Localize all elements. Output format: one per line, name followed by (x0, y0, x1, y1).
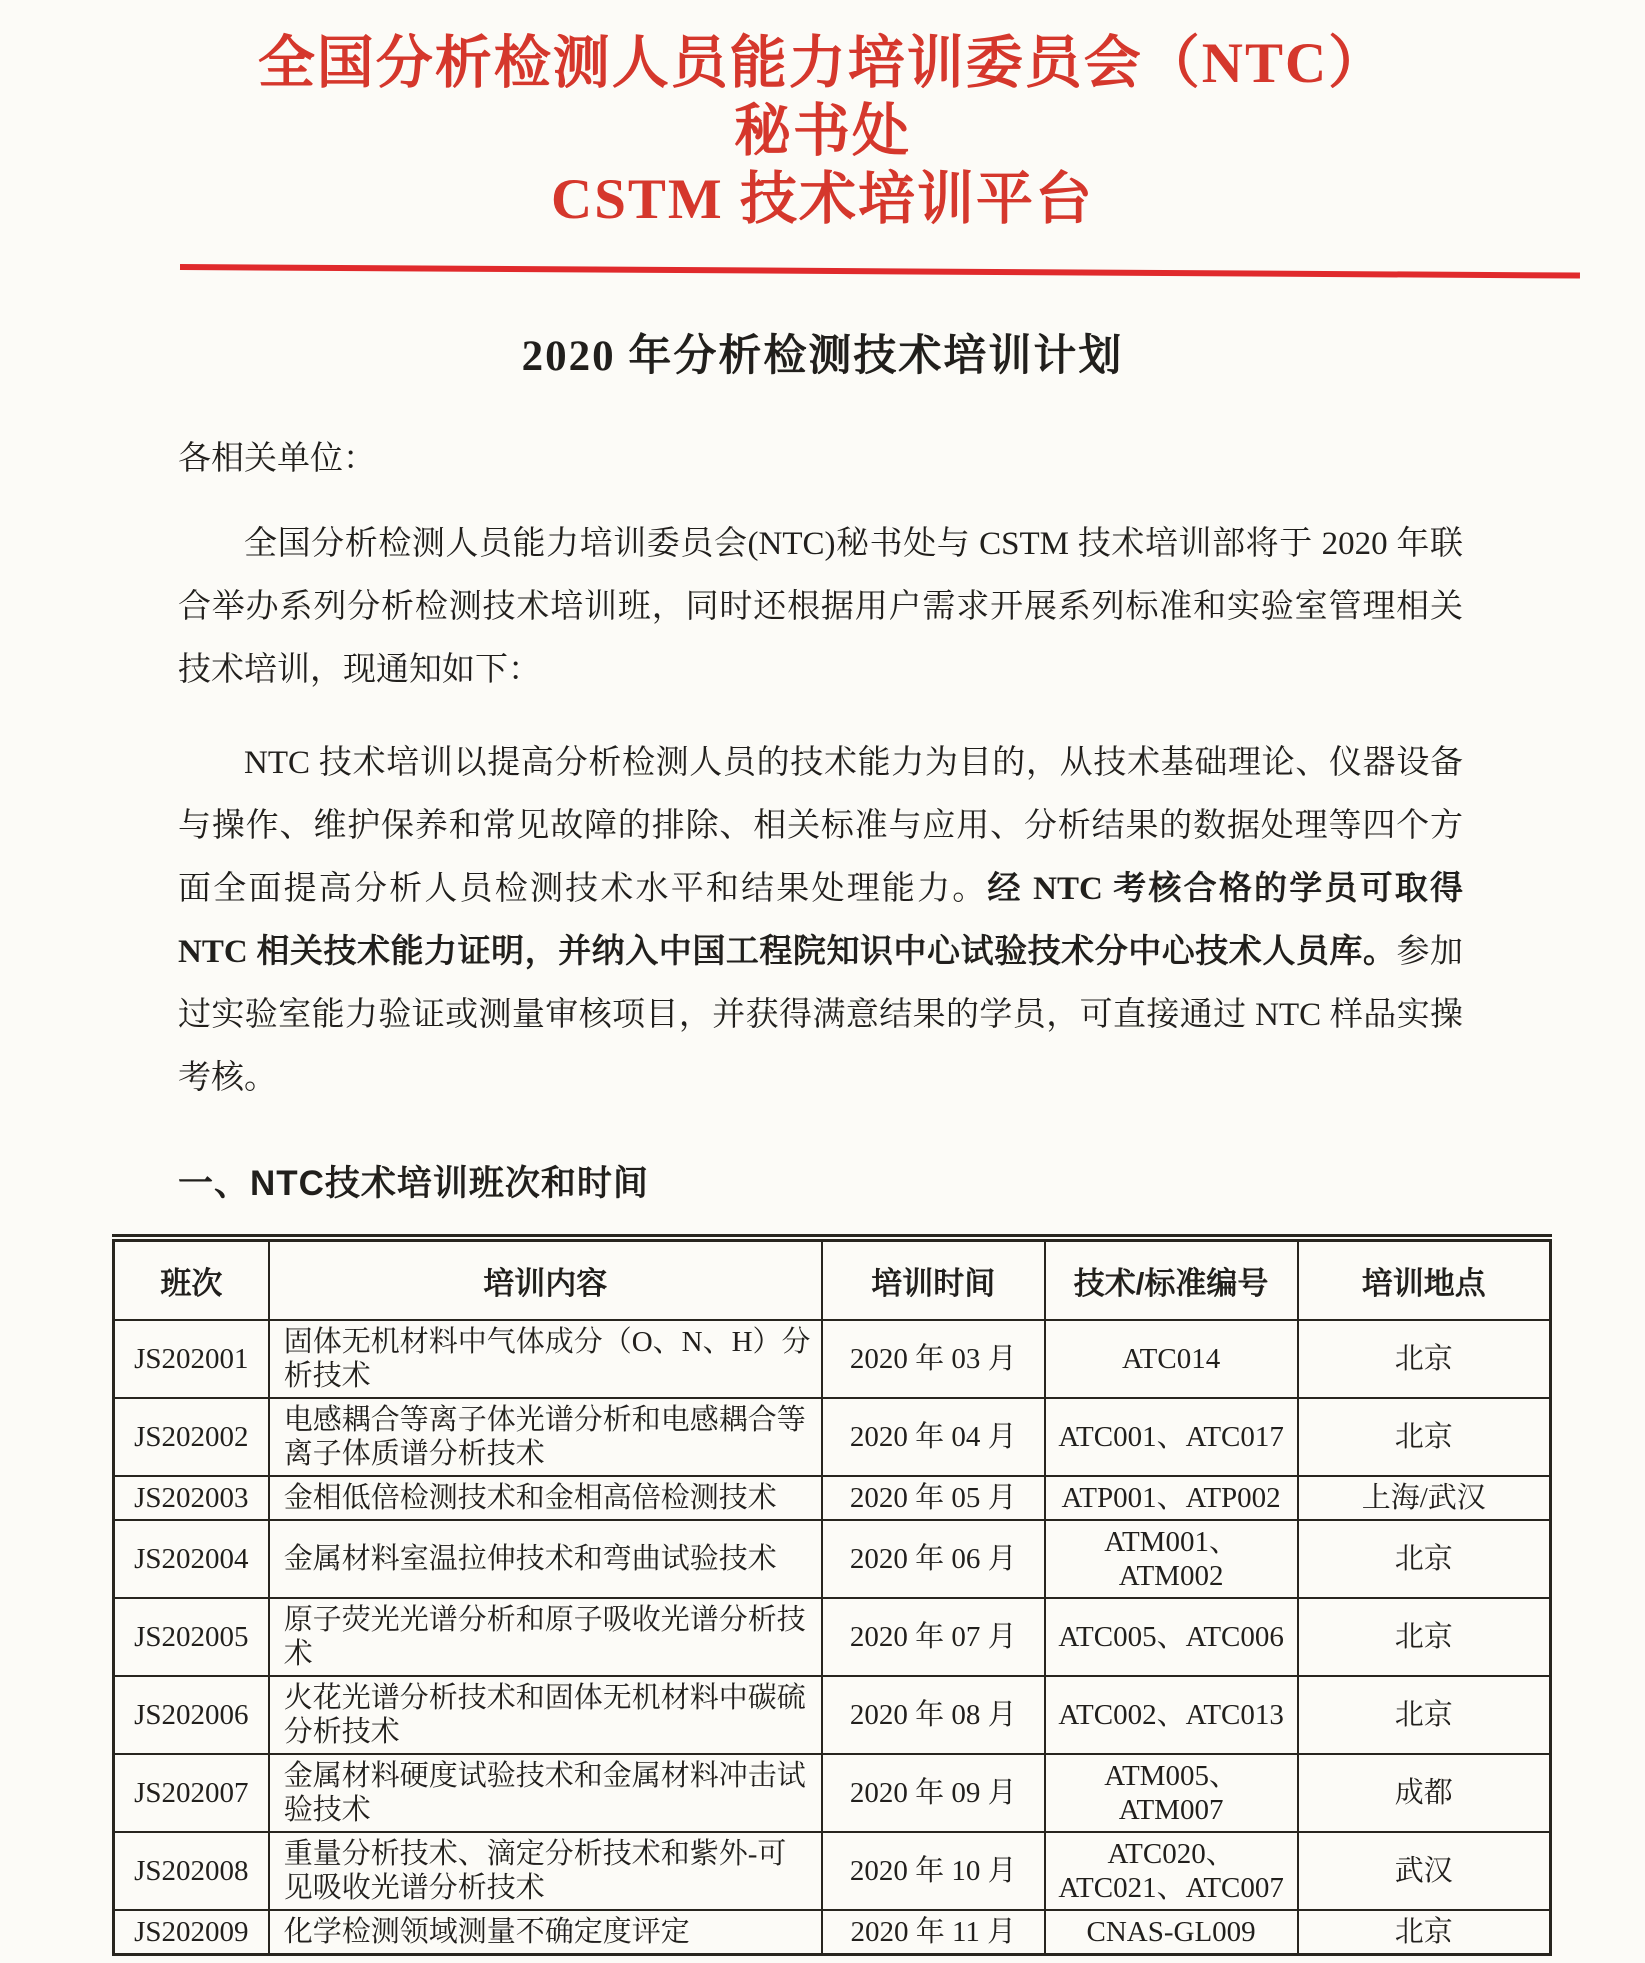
paragraph-details: NTC 技术培训以提高分析检测人员的技术能力为目的，从技术基础理论、仪器设备与操… (178, 732, 1463, 1110)
cell-time: 2020 年 05 月 (822, 1476, 1045, 1520)
cell-location: 北京 (1298, 1520, 1551, 1598)
cell-time: 2020 年 03 月 (822, 1320, 1045, 1398)
cell-standard-code: CNAS-GL009 (1045, 1910, 1298, 1955)
cell-time: 2020 年 04 月 (822, 1398, 1045, 1476)
document-body: 各相关单位： 全国分析检测人员能力培训委员会(NTC)秘书处与 CSTM 技术培… (0, 435, 1645, 1956)
cell-time: 2020 年 10 月 (822, 1832, 1045, 1910)
cell-time: 2020 年 07 月 (822, 1598, 1045, 1676)
header-time: 培训时间 (822, 1238, 1045, 1320)
cell-content: 金属材料硬度试验技术和金属材料冲击试验技术 (269, 1754, 822, 1832)
letterhead-line-3: CSTM 技术培训平台 (0, 166, 1645, 234)
cell-time: 2020 年 06 月 (822, 1520, 1045, 1598)
header-location: 培训地点 (1298, 1238, 1551, 1320)
table-row: JS202009化学检测领域测量不确定度评定2020 年 11 月CNAS-GL… (114, 1910, 1551, 1955)
cell-time: 2020 年 08 月 (822, 1676, 1045, 1754)
table-row: JS202008重量分析技术、滴定分析技术和紫外-可见吸收光谱分析技术2020 … (114, 1832, 1551, 1910)
header-class-code: 班次 (114, 1238, 269, 1320)
cell-standard-code: ATC002、ATC013 (1045, 1676, 1298, 1754)
cell-content: 固体无机材料中气体成分（O、N、H）分析技术 (269, 1320, 822, 1398)
table-header-row: 班次 培训内容 培训时间 技术/标准编号 培训地点 (114, 1238, 1551, 1320)
salutation: 各相关单位： (178, 435, 1463, 483)
letterhead-line-1: 全国分析检测人员能力培训委员会（NTC） (0, 30, 1645, 98)
table-row: JS202003金相低倍检测技术和金相高倍检测技术2020 年 05 月ATP0… (114, 1476, 1551, 1520)
cell-location: 北京 (1298, 1320, 1551, 1398)
cell-class-code: JS202006 (114, 1676, 269, 1754)
table-row: JS202006火花光谱分析技术和固体无机材料中碳硫分析技术2020 年 08 … (114, 1676, 1551, 1754)
cell-content: 火花光谱分析技术和固体无机材料中碳硫分析技术 (269, 1676, 822, 1754)
cell-content: 化学检测领域测量不确定度评定 (269, 1910, 822, 1955)
paragraph-intro: 全国分析检测人员能力培训委员会(NTC)秘书处与 CSTM 技术培训部将于 20… (178, 513, 1463, 702)
cell-content: 金属材料室温拉伸技术和弯曲试验技术 (269, 1520, 822, 1598)
cell-location: 上海/武汉 (1298, 1476, 1551, 1520)
cell-content: 重量分析技术、滴定分析技术和紫外-可见吸收光谱分析技术 (269, 1832, 822, 1910)
cell-class-code: JS202005 (114, 1598, 269, 1676)
cell-standard-code: ATC001、ATC017 (1045, 1398, 1298, 1476)
cell-location: 北京 (1298, 1676, 1551, 1754)
cell-time: 2020 年 09 月 (822, 1754, 1045, 1832)
header-standard-code: 技术/标准编号 (1045, 1238, 1298, 1320)
table-row: JS202002电感耦合等离子体光谱分析和电感耦合等离子体质谱分析技术2020 … (114, 1398, 1551, 1476)
cell-location: 北京 (1298, 1398, 1551, 1476)
cell-location: 北京 (1298, 1598, 1551, 1676)
cell-standard-code: ATP001、ATP002 (1045, 1476, 1298, 1520)
cell-class-code: JS202007 (114, 1754, 269, 1832)
cell-class-code: JS202004 (114, 1520, 269, 1598)
cell-standard-code: ATM001、ATM002 (1045, 1520, 1298, 1598)
cell-time: 2020 年 11 月 (822, 1910, 1045, 1955)
cell-standard-code: ATC005、ATC006 (1045, 1598, 1298, 1676)
cell-content: 金相低倍检测技术和金相高倍检测技术 (269, 1476, 822, 1520)
table-row: JS202004金属材料室温拉伸技术和弯曲试验技术2020 年 06 月ATM0… (114, 1520, 1551, 1598)
table-body: JS202001固体无机材料中气体成分（O、N、H）分析技术2020 年 03 … (114, 1320, 1551, 1955)
document-page: 全国分析检测人员能力培训委员会（NTC） 秘书处 CSTM 技术培训平台 202… (0, 0, 1645, 1963)
header-content: 培训内容 (269, 1238, 822, 1320)
section-heading: 一、NTC技术培训班次和时间 (178, 1156, 1463, 1206)
document-title: 2020 年分析检测技术培训计划 (0, 322, 1645, 383)
cell-standard-code: ATC014 (1045, 1320, 1298, 1398)
letterhead-divider-rule (180, 264, 1580, 279)
cell-class-code: JS202002 (114, 1398, 269, 1476)
cell-location: 成都 (1298, 1754, 1551, 1832)
cell-class-code: JS202008 (114, 1832, 269, 1910)
cell-standard-code: ATC020、ATC021、ATC007 (1045, 1832, 1298, 1910)
letterhead: 全国分析检测人员能力培训委员会（NTC） 秘书处 CSTM 技术培训平台 (0, 0, 1645, 270)
cell-class-code: JS202003 (114, 1476, 269, 1520)
cell-location: 武汉 (1298, 1832, 1551, 1910)
training-schedule-table: 班次 培训内容 培训时间 技术/标准编号 培训地点 JS202001固体无机材料… (112, 1234, 1552, 1956)
cell-class-code: JS202009 (114, 1910, 269, 1955)
letterhead-line-2: 秘书处 (0, 98, 1645, 166)
cell-standard-code: ATM005、ATM007 (1045, 1754, 1298, 1832)
table-row: JS202001固体无机材料中气体成分（O、N、H）分析技术2020 年 03 … (114, 1320, 1551, 1398)
table-row: JS202007金属材料硬度试验技术和金属材料冲击试验技术2020 年 09 月… (114, 1754, 1551, 1832)
cell-location: 北京 (1298, 1910, 1551, 1955)
table-row: JS202005原子荧光光谱分析和原子吸收光谱分析技术2020 年 07 月AT… (114, 1598, 1551, 1676)
cell-content: 原子荧光光谱分析和原子吸收光谱分析技术 (269, 1598, 822, 1676)
cell-content: 电感耦合等离子体光谱分析和电感耦合等离子体质谱分析技术 (269, 1398, 822, 1476)
cell-class-code: JS202001 (114, 1320, 269, 1398)
